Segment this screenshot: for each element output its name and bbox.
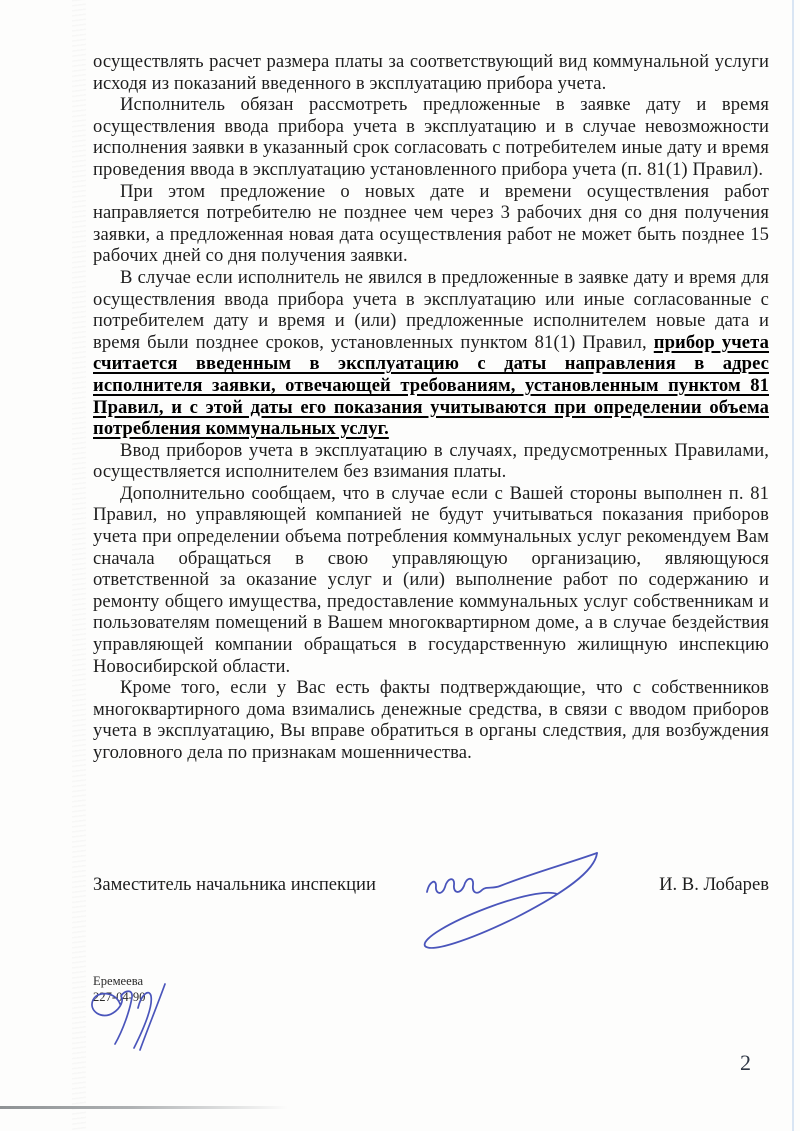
letter-body: осуществлять расчет размера платы за соо…	[93, 51, 769, 764]
paragraph: Кроме того, если у Вас есть факты подтве…	[93, 677, 769, 763]
signer-position-title: Заместитель начальника инспекции	[93, 874, 376, 896]
paragraph: При этом предложение о новых дате и врем…	[93, 181, 769, 267]
scanned-letter-page: осуществлять расчет размера платы за соо…	[0, 0, 800, 1131]
body-text: Ввод приборов учета в эксплуатацию в слу…	[93, 440, 769, 483]
paragraph: В случае если исполнитель не явился в пр…	[93, 267, 769, 440]
body-text: Дополнительно сообщаем, что в случае есл…	[93, 483, 769, 677]
signature-stroke	[425, 853, 597, 948]
body-text: Исполнитель обязан рассмотреть предложен…	[93, 94, 769, 180]
page-number: 2	[740, 1050, 751, 1076]
signer-name: И. В. Лобарев	[659, 874, 769, 896]
scan-speckle-band	[72, 0, 86, 1131]
handwritten-signature	[414, 844, 606, 960]
paragraph: Ввод приборов учета в эксплуатацию в слу…	[93, 440, 769, 483]
scan-bottom-edge	[0, 1106, 288, 1109]
body-text: Кроме того, если у Вас есть факты подтве…	[93, 677, 769, 763]
paragraph: Исполнитель обязан рассмотреть предложен…	[93, 94, 769, 180]
executor-phone: 227-04-90	[93, 990, 145, 1006]
executor-name: Еремеева	[93, 974, 145, 990]
paragraph: Дополнительно сообщаем, что в случае есл…	[93, 483, 769, 677]
signature-block: Заместитель начальника инспекции И. В. Л…	[93, 874, 769, 896]
executor-footer: Еремеева 227-04-90	[93, 974, 145, 1005]
body-text: осуществлять расчет размера платы за соо…	[93, 51, 769, 94]
scan-right-edge	[792, 0, 794, 1131]
body-text: При этом предложение о новых дате и врем…	[93, 181, 769, 267]
paragraph: осуществлять расчет размера платы за соо…	[93, 51, 769, 94]
